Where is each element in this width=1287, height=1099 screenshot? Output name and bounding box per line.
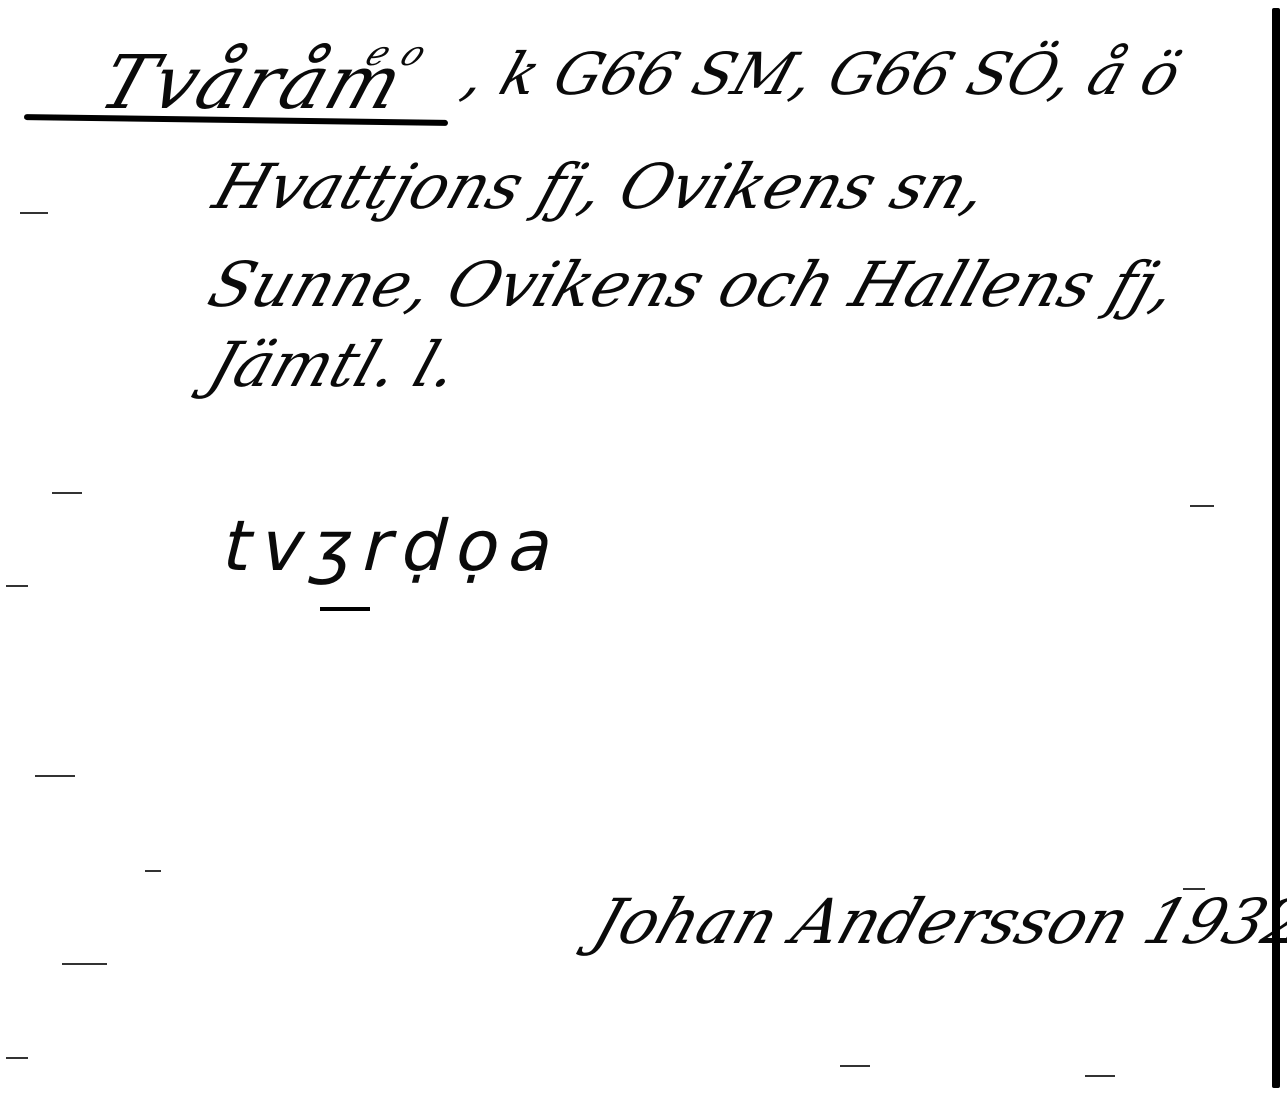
scan-speck — [840, 1065, 870, 1067]
signature: Johan Andersson 1932. — [585, 885, 1287, 958]
map-references: , k G66 SM, G66 SÖ, å ö — [455, 40, 1189, 108]
scan-speck — [6, 1057, 28, 1059]
headword-text: Tvåråm — [90, 40, 415, 126]
headword: Tvåråm e o — [90, 40, 415, 126]
scan-speck — [20, 212, 48, 214]
scan-speck — [6, 585, 28, 587]
phonetic-transcription: tvʒrḍọa — [215, 505, 574, 587]
phonetic-underline — [320, 607, 370, 611]
scan-speck — [1183, 888, 1205, 890]
location-line-3: Jämtl. l. — [200, 328, 468, 401]
scan-speck — [145, 870, 161, 872]
card-edge — [1272, 8, 1280, 1088]
scan-speck — [52, 492, 82, 494]
location-line-2: Sunne, Ovikens och Hallens fj, — [200, 248, 1186, 321]
scan-speck — [62, 963, 107, 965]
scan-speck — [35, 775, 75, 777]
archive-card: Tvåråm e o , k G66 SM, G66 SÖ, å ö Hvatt… — [0, 0, 1287, 1099]
scan-speck — [1190, 505, 1214, 507]
scan-speck — [1085, 1075, 1115, 1077]
location-line-1: Hvattjons fj, Ovikens sn, — [205, 150, 997, 223]
